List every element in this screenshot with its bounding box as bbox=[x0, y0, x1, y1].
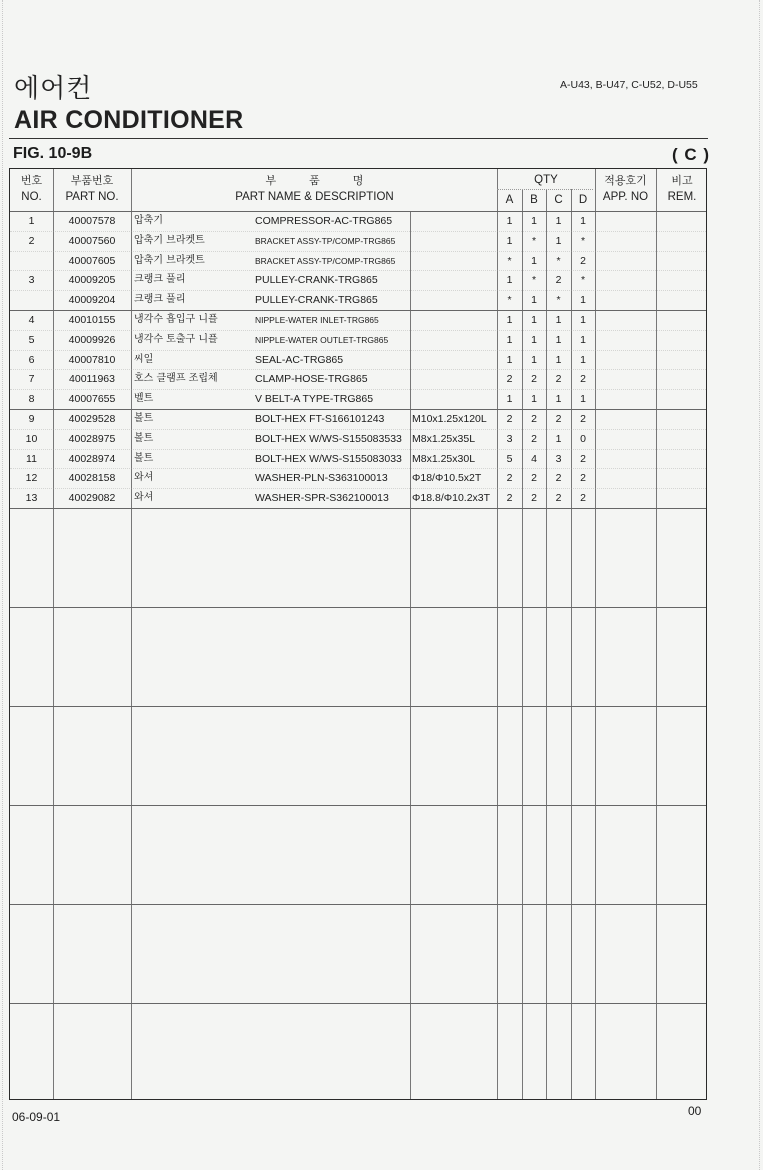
cell-part: 40029528 bbox=[53, 409, 131, 429]
col-header-no: 번호 NO. bbox=[10, 173, 53, 205]
column-divider bbox=[522, 189, 523, 1099]
cell-app bbox=[595, 211, 656, 231]
cell-d: 2 bbox=[571, 468, 595, 488]
group-divider bbox=[10, 310, 706, 311]
cell-a: 2 bbox=[497, 488, 522, 508]
cell-desc: BOLT-HEX FT-S166101243 bbox=[255, 409, 410, 429]
cell-rem bbox=[656, 350, 708, 370]
group-divider bbox=[10, 508, 706, 509]
cell-b: 1 bbox=[522, 350, 546, 370]
cell-a: 1 bbox=[497, 211, 522, 231]
cell-part: 40010155 bbox=[53, 310, 131, 330]
cell-d: 0 bbox=[571, 429, 595, 449]
blank-block-divider bbox=[10, 706, 706, 707]
cell-name-ko: 와셔 bbox=[134, 488, 254, 508]
cell-spec bbox=[412, 310, 497, 330]
cell-b: 1 bbox=[522, 251, 546, 271]
cell-app bbox=[595, 330, 656, 350]
cell-no: 3 bbox=[10, 270, 53, 290]
cell-name-ko: 압축기 bbox=[134, 211, 254, 231]
cell-c: 2 bbox=[546, 409, 571, 429]
cell-rem bbox=[656, 310, 708, 330]
cell-app bbox=[595, 231, 656, 251]
cell-rem bbox=[656, 488, 708, 508]
title-korean: 에어컨 bbox=[14, 68, 92, 105]
cell-app bbox=[595, 350, 656, 370]
blank-block-divider bbox=[10, 1003, 706, 1004]
cell-spec: Φ18/Φ10.5x2T bbox=[412, 468, 497, 488]
blank-block-divider bbox=[10, 904, 706, 905]
cell-no: 7 bbox=[10, 369, 53, 389]
cell-b: 4 bbox=[522, 449, 546, 469]
column-divider bbox=[546, 189, 547, 1099]
cell-no bbox=[10, 251, 53, 271]
parts-table: 번호 NO. 부품번호 PART NO. 부 품 명 PART NAME & D… bbox=[9, 168, 707, 1100]
page-edge-left bbox=[2, 0, 3, 1170]
cell-name-ko: 냉각수 토출구 니플 bbox=[134, 330, 254, 350]
cell-no: 6 bbox=[10, 350, 53, 370]
cell-no: 12 bbox=[10, 468, 53, 488]
cell-rem bbox=[656, 468, 708, 488]
cell-a: 5 bbox=[497, 449, 522, 469]
figure-number: FIG. 10-9B bbox=[13, 145, 92, 163]
cell-b: 1 bbox=[522, 290, 546, 310]
cell-app bbox=[595, 468, 656, 488]
col-header-qty-b: B bbox=[522, 192, 546, 208]
cell-name-ko: 압축기 브라켓트 bbox=[134, 231, 254, 251]
cell-desc: NIPPLE-WATER OUTLET-TRG865 bbox=[255, 330, 410, 350]
cell-spec: M8x1.25x35L bbox=[412, 429, 497, 449]
cell-d: * bbox=[571, 270, 595, 290]
cell-a: 1 bbox=[497, 330, 522, 350]
cell-desc: PULLEY-CRANK-TRG865 bbox=[255, 290, 410, 310]
cell-spec bbox=[412, 350, 497, 370]
cell-b: 2 bbox=[522, 369, 546, 389]
cell-desc: BOLT-HEX W/WS-S155083033 bbox=[255, 449, 410, 469]
cell-rem bbox=[656, 231, 708, 251]
cell-no: 4 bbox=[10, 310, 53, 330]
cell-c: 2 bbox=[546, 270, 571, 290]
cell-spec bbox=[412, 231, 497, 251]
cell-c: * bbox=[546, 251, 571, 271]
cell-d: 2 bbox=[571, 488, 595, 508]
cell-part: 40007605 bbox=[53, 251, 131, 271]
model-legend: A-U43, B-U47, C-U52, D-U55 bbox=[560, 79, 698, 91]
cell-d: 1 bbox=[571, 310, 595, 330]
cell-part: 40009926 bbox=[53, 330, 131, 350]
cell-part: 40029082 bbox=[53, 488, 131, 508]
variant-label: ( C ) bbox=[672, 145, 710, 165]
cell-desc: V BELT-A TYPE-TRG865 bbox=[255, 389, 410, 409]
cell-c: 1 bbox=[546, 231, 571, 251]
cell-app bbox=[595, 369, 656, 389]
cell-no: 13 bbox=[10, 488, 53, 508]
cell-name-ko: 호스 클램프 조립체 bbox=[134, 369, 254, 389]
cell-c: 1 bbox=[546, 429, 571, 449]
cell-no: 9 bbox=[10, 409, 53, 429]
cell-desc: WASHER-PLN-S363100013 bbox=[255, 468, 410, 488]
cell-d: 1 bbox=[571, 389, 595, 409]
cell-app bbox=[595, 251, 656, 271]
cell-a: 3 bbox=[497, 429, 522, 449]
cell-rem bbox=[656, 369, 708, 389]
col-header-part-name: 부 품 명 PART NAME & DESCRIPTION bbox=[131, 173, 498, 205]
cell-name-ko: 압축기 브라켓트 bbox=[134, 251, 254, 271]
column-divider bbox=[53, 169, 54, 1099]
cell-part: 40007560 bbox=[53, 231, 131, 251]
page-edge-right bbox=[759, 0, 760, 1170]
cell-desc: BRACKET ASSY-TP/COMP-TRG865 bbox=[255, 251, 410, 271]
cell-a: * bbox=[497, 290, 522, 310]
cell-rem bbox=[656, 389, 708, 409]
row-divider bbox=[10, 350, 706, 351]
cell-rem bbox=[656, 270, 708, 290]
col-header-qty-a: A bbox=[497, 192, 522, 208]
cell-desc: WASHER-SPR-S362100013 bbox=[255, 488, 410, 508]
cell-part: 40007578 bbox=[53, 211, 131, 231]
cell-part: 40011963 bbox=[53, 369, 131, 389]
cell-part: 40028975 bbox=[53, 429, 131, 449]
cell-desc: BOLT-HEX W/WS-S155083533 bbox=[255, 429, 410, 449]
cell-no: 10 bbox=[10, 429, 53, 449]
cell-spec: M10x1.25x120L bbox=[412, 409, 497, 429]
cell-name-ko: 냉각수 흡입구 니플 bbox=[134, 310, 254, 330]
cell-b: 2 bbox=[522, 409, 546, 429]
cell-spec: M8x1.25x30L bbox=[412, 449, 497, 469]
cell-b: 1 bbox=[522, 211, 546, 231]
cell-d: 1 bbox=[571, 290, 595, 310]
column-divider bbox=[595, 169, 596, 1099]
row-divider bbox=[10, 449, 706, 450]
cell-part: 40009204 bbox=[53, 290, 131, 310]
cell-a: 1 bbox=[497, 231, 522, 251]
blank-block-divider bbox=[10, 607, 706, 608]
cell-d: 2 bbox=[571, 251, 595, 271]
cell-rem bbox=[656, 211, 708, 231]
cell-spec: Φ18.8/Φ10.2x3T bbox=[412, 488, 497, 508]
row-divider bbox=[10, 429, 706, 430]
col-header-qty-d: D bbox=[571, 192, 595, 208]
cell-c: 1 bbox=[546, 350, 571, 370]
cell-spec bbox=[412, 270, 497, 290]
cell-a: 1 bbox=[497, 270, 522, 290]
cell-b: 1 bbox=[522, 330, 546, 350]
blank-block-divider bbox=[10, 805, 706, 806]
cell-c: 2 bbox=[546, 488, 571, 508]
cell-d: * bbox=[571, 231, 595, 251]
column-divider bbox=[410, 211, 411, 1099]
cell-app bbox=[595, 290, 656, 310]
cell-name-ko: 벨트 bbox=[134, 389, 254, 409]
cell-rem bbox=[656, 449, 708, 469]
cell-a: 1 bbox=[497, 350, 522, 370]
row-divider bbox=[10, 330, 706, 331]
cell-d: 2 bbox=[571, 449, 595, 469]
cell-c: 1 bbox=[546, 211, 571, 231]
cell-name-ko: 크랭크 풀리 bbox=[134, 290, 254, 310]
cell-no: 8 bbox=[10, 389, 53, 409]
page-title: AIR CONDITIONER bbox=[14, 106, 244, 135]
cell-name-ko: 씨일 bbox=[134, 350, 254, 370]
cell-a: 1 bbox=[497, 310, 522, 330]
cell-app bbox=[595, 389, 656, 409]
col-header-qty-c: C bbox=[546, 192, 571, 208]
group-divider bbox=[10, 409, 706, 410]
cell-b: 1 bbox=[522, 310, 546, 330]
cell-desc: BRACKET ASSY-TP/COMP-TRG865 bbox=[255, 231, 410, 251]
cell-d: 1 bbox=[571, 211, 595, 231]
revision-date: 06-09-01 bbox=[12, 1110, 60, 1124]
cell-c: 1 bbox=[546, 389, 571, 409]
cell-spec bbox=[412, 330, 497, 350]
cell-spec bbox=[412, 389, 497, 409]
cell-d: 1 bbox=[571, 350, 595, 370]
cell-app bbox=[595, 270, 656, 290]
cell-c: 2 bbox=[546, 468, 571, 488]
cell-app bbox=[595, 449, 656, 469]
row-divider bbox=[10, 251, 706, 252]
column-divider bbox=[131, 169, 132, 1099]
row-divider bbox=[10, 231, 706, 232]
col-header-part-no: 부품번호 PART NO. bbox=[53, 173, 131, 205]
cell-b: 2 bbox=[522, 488, 546, 508]
cell-app bbox=[595, 429, 656, 449]
row-divider bbox=[10, 270, 706, 271]
col-header-remarks: 비고 REM. bbox=[656, 173, 708, 205]
cell-c: 3 bbox=[546, 449, 571, 469]
cell-b: 1 bbox=[522, 389, 546, 409]
cell-rem bbox=[656, 330, 708, 350]
cell-c: 1 bbox=[546, 330, 571, 350]
cell-desc: NIPPLE-WATER INLET-TRG865 bbox=[255, 310, 410, 330]
cell-spec bbox=[412, 211, 497, 231]
cell-a: 1 bbox=[497, 389, 522, 409]
row-divider bbox=[10, 488, 706, 489]
cell-no: 2 bbox=[10, 231, 53, 251]
cell-desc: CLAMP-HOSE-TRG865 bbox=[255, 369, 410, 389]
cell-part: 40028158 bbox=[53, 468, 131, 488]
cell-rem bbox=[656, 409, 708, 429]
column-divider bbox=[571, 189, 572, 1099]
cell-a: 2 bbox=[497, 409, 522, 429]
cell-b: * bbox=[522, 270, 546, 290]
qty-subheader-divider bbox=[497, 189, 593, 190]
cell-name-ko: 크랭크 풀리 bbox=[134, 270, 254, 290]
cell-app bbox=[595, 310, 656, 330]
row-divider bbox=[10, 389, 706, 390]
cell-app bbox=[595, 488, 656, 508]
cell-no bbox=[10, 290, 53, 310]
cell-d: 1 bbox=[571, 330, 595, 350]
cell-c: 2 bbox=[546, 369, 571, 389]
cell-part: 40028974 bbox=[53, 449, 131, 469]
cell-rem bbox=[656, 290, 708, 310]
col-header-qty: QTY bbox=[497, 172, 595, 188]
cell-rem bbox=[656, 429, 708, 449]
column-divider bbox=[656, 169, 657, 1099]
cell-spec bbox=[412, 369, 497, 389]
cell-desc: PULLEY-CRANK-TRG865 bbox=[255, 270, 410, 290]
column-divider bbox=[497, 169, 498, 1099]
title-divider bbox=[9, 138, 708, 139]
page-number: 00 bbox=[688, 1104, 701, 1118]
cell-name-ko: 볼트 bbox=[134, 449, 254, 469]
cell-d: 2 bbox=[571, 369, 595, 389]
cell-b: 2 bbox=[522, 468, 546, 488]
cell-name-ko: 와셔 bbox=[134, 468, 254, 488]
col-header-app-no: 적용호기 APP. NO bbox=[595, 173, 656, 205]
cell-no: 11 bbox=[10, 449, 53, 469]
cell-c: * bbox=[546, 290, 571, 310]
row-divider bbox=[10, 369, 706, 370]
cell-rem bbox=[656, 251, 708, 271]
cell-no: 1 bbox=[10, 211, 53, 231]
cell-no: 5 bbox=[10, 330, 53, 350]
cell-b: 2 bbox=[522, 429, 546, 449]
cell-desc: SEAL-AC-TRG865 bbox=[255, 350, 410, 370]
row-divider bbox=[10, 468, 706, 469]
row-divider bbox=[10, 290, 706, 291]
cell-part: 40009205 bbox=[53, 270, 131, 290]
cell-name-ko: 볼트 bbox=[134, 409, 254, 429]
cell-name-ko: 볼트 bbox=[134, 429, 254, 449]
cell-part: 40007655 bbox=[53, 389, 131, 409]
cell-c: 1 bbox=[546, 310, 571, 330]
header-divider bbox=[10, 211, 706, 212]
cell-spec bbox=[412, 290, 497, 310]
cell-app bbox=[595, 409, 656, 429]
cell-desc: COMPRESSOR-AC-TRG865 bbox=[255, 211, 410, 231]
cell-b: * bbox=[522, 231, 546, 251]
cell-a: * bbox=[497, 251, 522, 271]
cell-a: 2 bbox=[497, 468, 522, 488]
cell-d: 2 bbox=[571, 409, 595, 429]
cell-spec bbox=[412, 251, 497, 271]
cell-a: 2 bbox=[497, 369, 522, 389]
cell-part: 40007810 bbox=[53, 350, 131, 370]
